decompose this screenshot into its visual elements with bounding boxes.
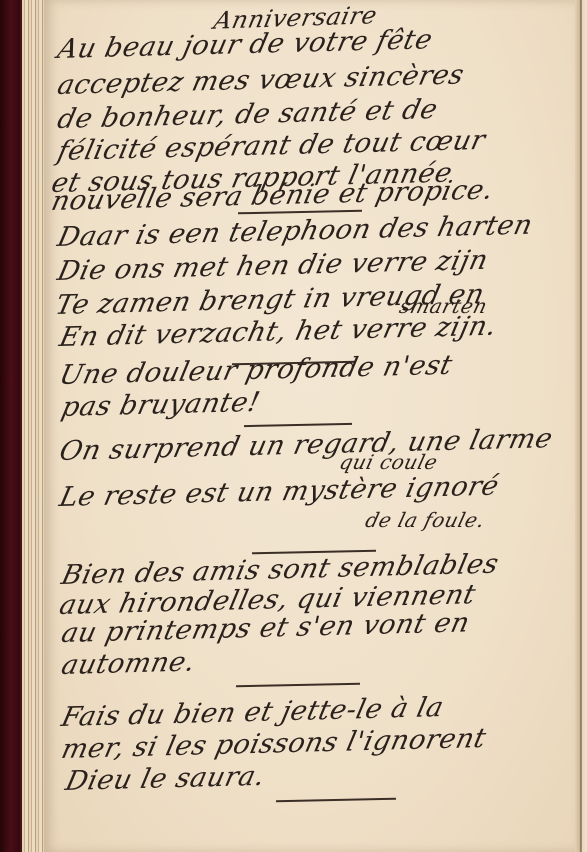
text-line-insert: de la foule.	[363, 508, 488, 532]
text-line: automne.	[59, 647, 199, 681]
book-binding	[0, 0, 24, 852]
text-line: pas bruyante!	[59, 387, 263, 423]
text-line: Dieu le saura.	[63, 761, 268, 797]
text-line-insert: qui coule	[337, 450, 440, 474]
page-gutter	[575, 0, 587, 852]
page-edges	[22, 0, 44, 852]
